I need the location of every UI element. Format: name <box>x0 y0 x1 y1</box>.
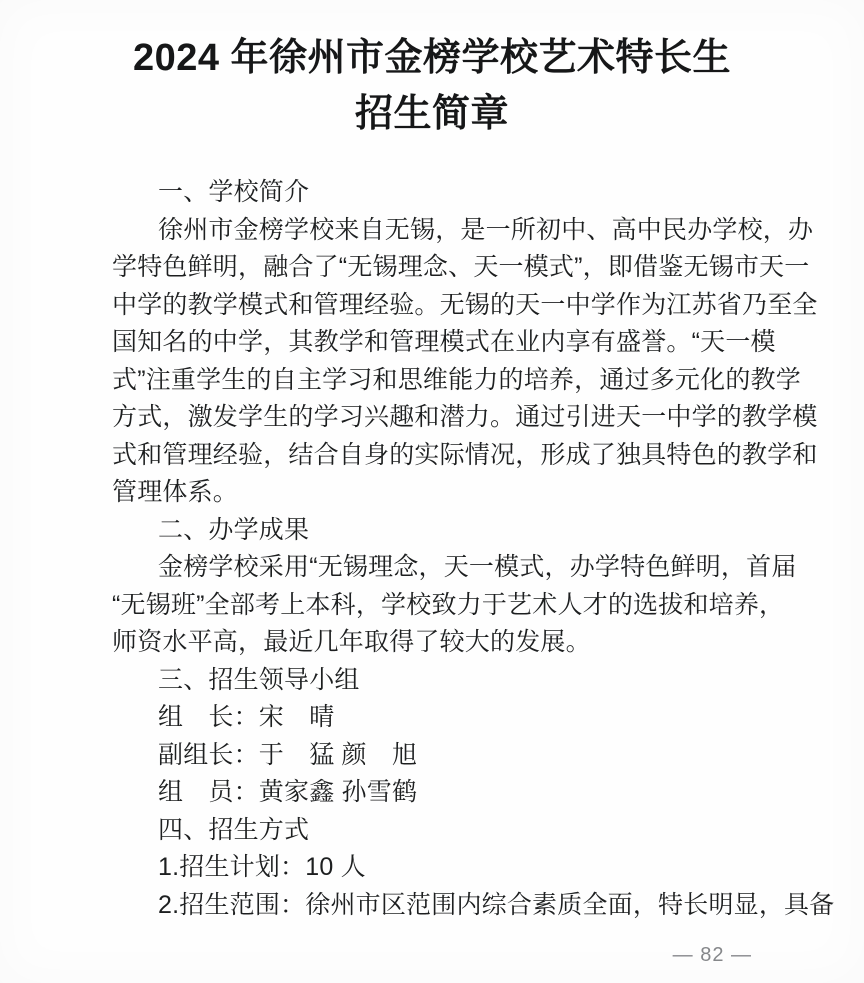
document-title: 2024 年徐州市金榜学校艺术特长生 招生简章 <box>0 0 864 142</box>
school-intro-line-4: 国知名的中学，其教学和管理模式在业内享有盛誉。“天一模 <box>112 324 808 362</box>
doc-title-line-2: 招生简章 <box>0 86 864 142</box>
achievements-line-3: 师资水平高，最近几年取得了较大的发展。 <box>112 624 808 662</box>
school-intro-line-2: 学特色鲜明，融合了“无锡理念、天一模式”，即借鉴无锡市天一 <box>112 249 808 287</box>
page-number: — 82 — <box>673 944 752 966</box>
section-2-heading: 二、办学成果 <box>112 512 808 550</box>
school-intro-line-5: 式”注重学生的自主学习和思维能力的培养，通过多元化的教学 <box>112 362 808 400</box>
school-intro-line-3: 中学的教学模式和管理经验。无锡的天一中学作为江苏省乃至全 <box>112 287 808 325</box>
document-page: 2024 年徐州市金榜学校艺术特长生 招生简章 一、学校简介 徐州市金榜学校来自… <box>0 0 864 983</box>
roster-members: 组 员：黄家鑫 孙雪鹤 <box>112 774 808 812</box>
achievements-line-1: 金榜学校采用“无锡理念，天一模式，办学特色鲜明，首届 <box>112 549 808 587</box>
section-1-heading: 一、学校简介 <box>112 174 808 212</box>
enrollment-scope: 2.招生范围：徐州市区范围内综合素质全面，特长明显，具备 <box>112 887 808 925</box>
roster-leader: 组 长：宋 晴 <box>112 699 808 737</box>
school-intro-line-6: 方式，激发学生的学习兴趣和潜力。通过引进天一中学的教学模 <box>112 399 808 437</box>
roster-deputy-leaders: 副组长：于 猛 颜 旭 <box>112 737 808 775</box>
school-intro-line-7: 式和管理经验，结合自身的实际情况，形成了独具特色的教学和 <box>112 437 808 475</box>
section-4-heading: 四、招生方式 <box>112 812 808 850</box>
document-body: 一、学校简介 徐州市金榜学校来自无锡，是一所初中、高中民办学校，办 学特色鲜明，… <box>0 174 864 924</box>
school-intro-line-1: 徐州市金榜学校来自无锡，是一所初中、高中民办学校，办 <box>112 212 808 250</box>
doc-title-line-1: 2024 年徐州市金榜学校艺术特长生 <box>0 30 864 86</box>
achievements-line-2: “无锡班”全部考上本科，学校致力于艺术人才的选拔和培养， <box>112 587 808 625</box>
section-3-heading: 三、招生领导小组 <box>112 662 808 700</box>
enrollment-plan: 1.招生计划：10 人 <box>112 849 808 887</box>
school-intro-line-8: 管理体系。 <box>112 474 808 512</box>
